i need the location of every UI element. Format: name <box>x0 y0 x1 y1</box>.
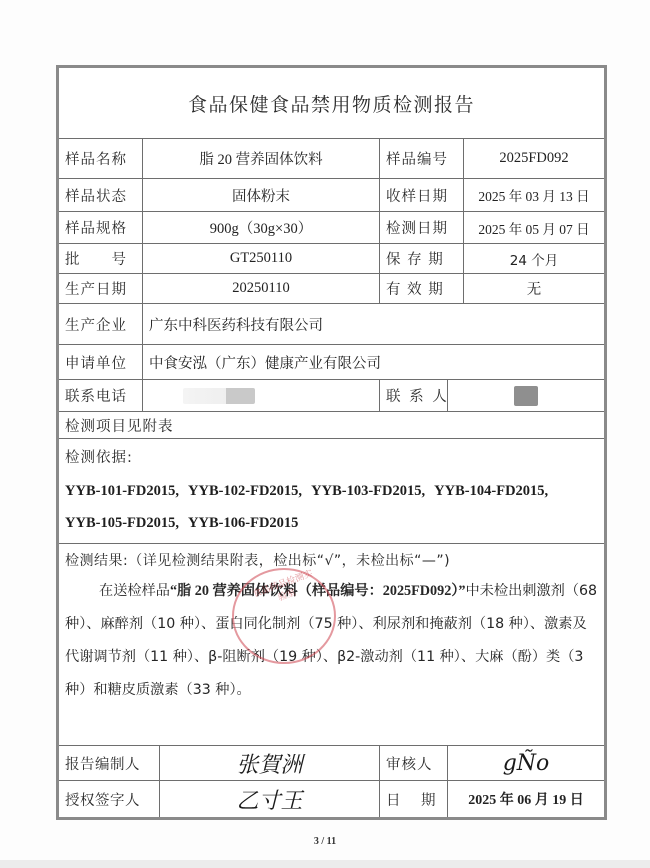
row-sample-name: 样品名称 脂 20 营养固体饮料 样品编号 2025FD092 <box>59 138 604 178</box>
row-compiler-reviewer: 报告编制人 张賀洲 审核人 gÑo <box>59 745 604 780</box>
result-intro: 在送检样品 <box>99 583 170 599</box>
row-test-items: 检测项目见附表 <box>59 411 604 438</box>
value-sample-name: 脂 20 营养固体饮料 <box>142 139 379 178</box>
report-frame: 食品保健食品禁用物质检测报告 样品名称 脂 20 营养固体饮料 样品编号 202… <box>56 65 607 820</box>
label-production-date: 生产日期 <box>59 274 142 303</box>
value-applicant: 中食安泓（广东）健康产业有限公司 <box>142 345 604 379</box>
signature-signatory: 乙寸王 <box>159 781 379 817</box>
label-manufacturer: 生产企业 <box>59 304 142 344</box>
bottom-edge <box>0 860 650 868</box>
value-production-date: 20250110 <box>142 274 379 303</box>
label-sample-spec: 样品规格 <box>59 212 142 243</box>
row-batch-no: 批 号 GT250110 保 存 期 24 个月 <box>59 243 604 273</box>
value-expiry: 无 <box>463 274 604 303</box>
row-sample-state: 样品状态 固体粉末 收样日期 2025 年 03 月 13 日 <box>59 178 604 211</box>
signature-reviewer: gÑo <box>447 746 604 780</box>
row-applicant: 申请单位 中食安泓（广东）健康产业有限公司 <box>59 344 604 379</box>
result-sample-bold: “脂 20 营养固体饮料（样品编号：2025FD092）” <box>170 583 466 599</box>
test-items-note: 检测项目见附表 <box>59 412 359 438</box>
signature-signatory-text: 乙寸王 <box>236 784 302 815</box>
value-manufacturer: 广东中科医药科技有限公司 <box>142 304 604 344</box>
value-phone-redacted <box>142 380 379 411</box>
basis-standards-line-1: YYB-101-FD2015, YYB-102-FD2015, YYB-103-… <box>65 483 548 500</box>
basis-standards-line-2: YYB-105-FD2015, YYB-106-FD2015 <box>65 515 298 532</box>
label-sample-no: 样品编号 <box>379 139 463 178</box>
label-expiry: 有 效 期 <box>379 274 463 303</box>
label-compiler: 报告编制人 <box>59 746 159 780</box>
row-contact: 联系电话 联 系 人 <box>59 379 604 411</box>
label-batch-no: 批 号 <box>59 244 142 273</box>
label-date: 日 期 <box>379 781 447 817</box>
signature-reviewer-text: gÑo <box>503 751 550 776</box>
value-contact-person-redacted <box>447 380 604 411</box>
label-test-result: 检测结果:（详见检测结果附表，检出标“√”，未检出标“—”) <box>59 547 450 573</box>
row-production-date: 生产日期 20250110 有 效 期 无 <box>59 273 604 303</box>
value-sample-no: 2025FD092 <box>463 139 604 178</box>
label-sample-state: 样品状态 <box>59 179 142 211</box>
label-phone: 联系电话 <box>59 380 142 411</box>
value-test-date: 2025 年 05 月 07 日 <box>463 212 604 243</box>
row-sample-spec: 样品规格 900g（30g×30） 检测日期 2025 年 05 月 07 日 <box>59 211 604 243</box>
value-report-date: 2025 年 06 月 19 日 <box>447 781 604 817</box>
redaction-block <box>183 388 255 404</box>
label-shelf-life: 保 存 期 <box>379 244 463 273</box>
redaction-block <box>514 386 538 406</box>
report-page: 食品保健食品禁用物质检测报告 样品名称 脂 20 营养固体饮料 样品编号 202… <box>0 0 650 868</box>
row-test-result: 检测结果:（详见检测结果附表，检出标“√”，未检出标“—”) 在送检样品“脂 2… <box>59 543 604 745</box>
value-sample-spec: 900g（30g×30） <box>142 212 379 243</box>
label-contact-person: 联 系 人 <box>379 380 447 411</box>
signature-compiler-text: 张賀洲 <box>236 748 302 779</box>
label-test-basis: 检测依据: <box>59 443 133 469</box>
value-batch-no: GT250110 <box>142 244 379 273</box>
value-sample-state: 固体粉末 <box>142 179 379 211</box>
page-number: 3 / 11 <box>0 836 650 847</box>
row-test-basis: 检测依据: YYB-101-FD2015, YYB-102-FD2015, YY… <box>59 438 604 543</box>
report-title: 食品保健食品禁用物质检测报告 <box>59 68 604 138</box>
result-paragraph: 在送检样品“脂 20 营养固体饮料（样品编号：2025FD092）”中未检出刺激… <box>65 575 598 707</box>
label-sample-name: 样品名称 <box>59 139 142 178</box>
label-reviewer: 审核人 <box>379 746 447 780</box>
label-signatory: 授权签字人 <box>59 781 159 817</box>
label-receive-date: 收样日期 <box>379 179 463 211</box>
result-body: 中未检出刺激剂（68 种）、麻醉剂（10 种）、蛋白同化制剂（75 种）、利尿剂… <box>65 583 597 698</box>
value-receive-date: 2025 年 03 月 13 日 <box>463 179 604 211</box>
label-applicant: 申请单位 <box>59 345 142 379</box>
row-manufacturer: 生产企业 广东中科医药科技有限公司 <box>59 303 604 344</box>
label-test-date: 检测日期 <box>379 212 463 243</box>
signature-compiler: 张賀洲 <box>159 746 379 780</box>
row-signatory-date: 授权签字人 乙寸王 日 期 2025 年 06 月 19 日 <box>59 780 604 817</box>
value-shelf-life: 24 个月 <box>463 244 604 273</box>
